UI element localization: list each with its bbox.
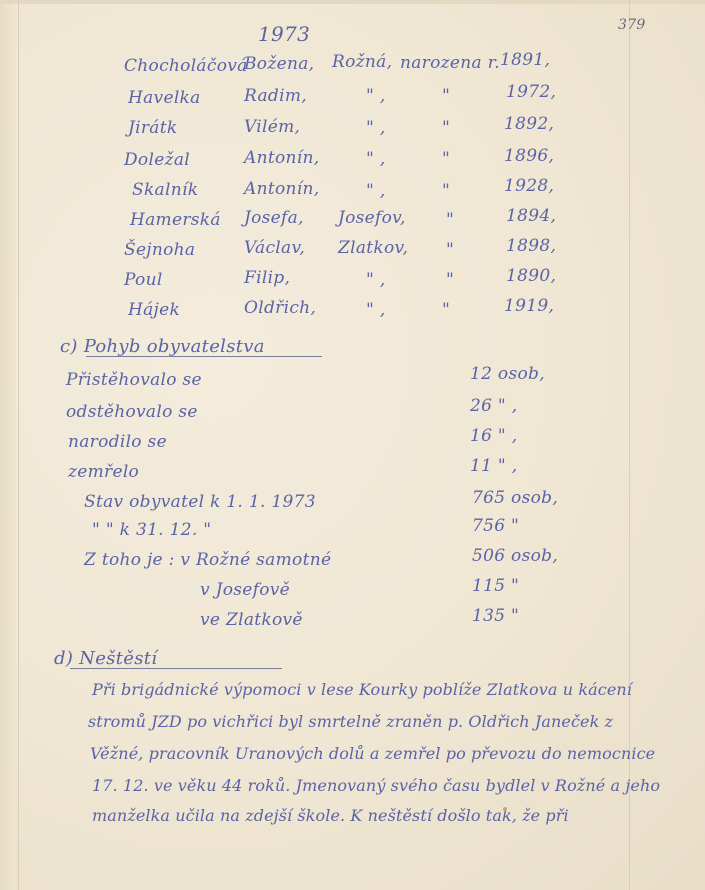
surname: Chocholáčová <box>124 58 248 75</box>
population-label: Stav obyvatel k 1. 1. 1973 <box>84 494 316 511</box>
place: Josefov, <box>338 210 406 227</box>
born-label: " <box>442 151 450 168</box>
surname: Hamerská <box>130 212 221 229</box>
population-value: 135 " <box>472 608 519 625</box>
born-label: " <box>446 212 454 229</box>
year-heading: 1973 <box>258 24 310 44</box>
born-label: " <box>446 272 454 289</box>
birth-year: 1919, <box>504 298 554 315</box>
movement-value: 16 " , <box>470 428 517 445</box>
left-margin-line <box>18 0 19 890</box>
given-name: Josefa, <box>244 210 304 227</box>
given-name: Radim, <box>244 88 307 105</box>
birth-year: 1890, <box>506 268 556 285</box>
page-left-edge <box>0 0 16 890</box>
given-name: Božena, <box>244 56 314 73</box>
born-label: " <box>442 88 450 105</box>
given-name: Vilém, <box>244 119 300 136</box>
born-label: " <box>442 183 450 200</box>
surname: Doležal <box>124 152 190 169</box>
movement-value: 11 " , <box>470 458 517 475</box>
section-d-heading: d) Neštěstí <box>54 650 157 668</box>
born-label: narozena r. <box>400 55 500 72</box>
population-value: 765 osob, <box>472 490 558 507</box>
place: Rožná, <box>332 54 392 71</box>
movement-value: 12 osob, <box>470 366 545 383</box>
paragraph-line: Věžné, pracovník Uranových dolů a zemřel… <box>90 746 655 762</box>
born-label: " <box>442 302 450 319</box>
section-c-heading: c) Pohyb obyvatelstva <box>60 338 265 356</box>
given-name: Antonín, <box>244 150 319 167</box>
population-label: " " k 31. 12. " <box>92 522 211 539</box>
given-name: Oldřich, <box>244 300 316 317</box>
population-label: ve Zlatkově <box>200 612 303 629</box>
movement-label: zemřelo <box>68 464 139 481</box>
manuscript-page: 379 1973 Chocholáčová Božena, Rožná, nar… <box>0 0 705 890</box>
surname: Jirátk <box>128 120 177 137</box>
given-name: Václav, <box>244 240 305 257</box>
movement-label: narodilo se <box>68 434 167 451</box>
given-name: Filip, <box>244 270 290 287</box>
population-value: 756 " <box>472 518 519 535</box>
page-number: 379 <box>618 18 646 32</box>
population-value: 115 " <box>472 578 519 595</box>
birth-year: 1894, <box>506 208 556 225</box>
surname: Skalník <box>132 182 198 199</box>
birth-year: 1972, <box>506 84 556 101</box>
place: " , <box>366 120 386 137</box>
paragraph-line: manželka učila na zdejší škole. K neštěs… <box>92 808 569 824</box>
population-value: 506 osob, <box>472 548 558 565</box>
surname: Poul <box>124 272 163 289</box>
paragraph-line: Při brigádnické výpomoci v lese Kourky p… <box>92 682 632 698</box>
population-label: v Josefově <box>200 582 290 599</box>
page-top-edge <box>0 0 705 4</box>
place: " , <box>366 151 386 168</box>
born-label: " <box>442 120 450 137</box>
ink-stain <box>503 807 507 811</box>
section-d-underline <box>70 668 282 669</box>
birth-year: 1891, <box>500 52 550 69</box>
born-label: " <box>446 242 454 259</box>
surname: Hájek <box>128 302 180 319</box>
birth-year: 1898, <box>506 238 556 255</box>
place: " , <box>366 302 386 319</box>
paragraph-line: stromů JZD po vichřici byl smrtelně zran… <box>88 714 613 730</box>
place: " , <box>366 183 386 200</box>
birth-year: 1896, <box>504 148 554 165</box>
movement-value: 26 " , <box>470 398 517 415</box>
movement-label: Přistěhovalo se <box>66 372 202 389</box>
given-name: Antonín, <box>244 181 319 198</box>
movement-label: odstěhovalo se <box>66 404 198 421</box>
surname: Šejnoha <box>124 242 195 259</box>
population-label: Z toho je : v Rožné samotné <box>84 552 331 569</box>
birth-year: 1928, <box>504 178 554 195</box>
place: " , <box>366 88 386 105</box>
section-c-underline <box>86 356 322 357</box>
paragraph-line: 17. 12. ve věku 44 roků. Jmenovaný svého… <box>92 778 660 794</box>
birth-year: 1892, <box>504 116 554 133</box>
surname: Havelka <box>128 90 201 107</box>
place: " , <box>366 272 386 289</box>
place: Zlatkov, <box>338 240 408 257</box>
